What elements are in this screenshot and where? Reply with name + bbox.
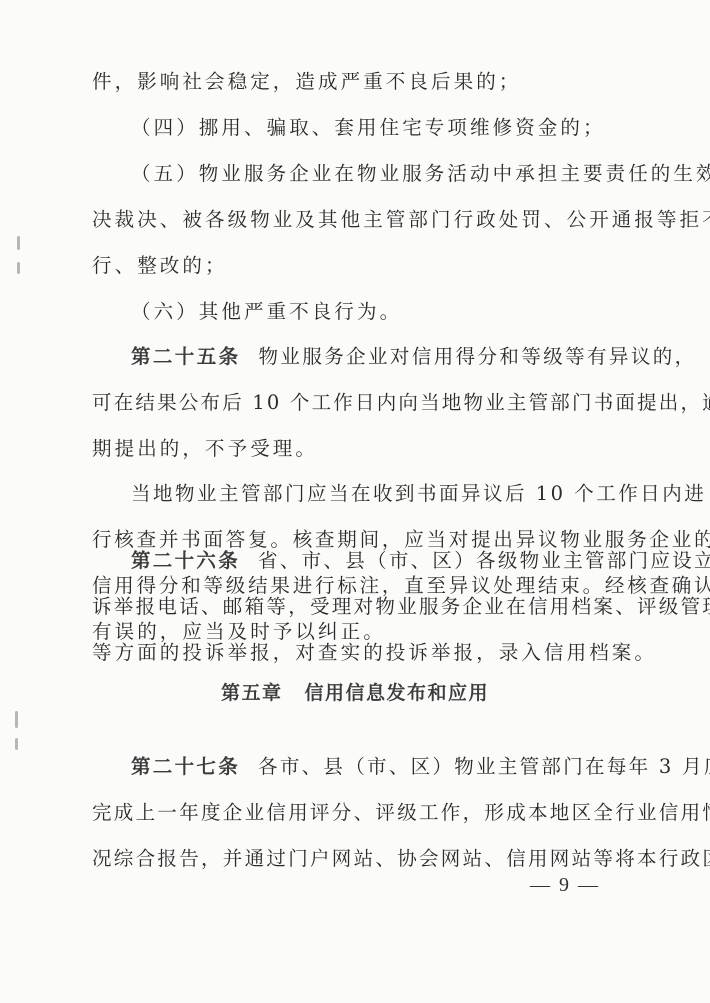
article-27-label: 第二十七条: [131, 755, 240, 778]
page-number: — 9 —: [530, 874, 600, 897]
article-27-line: 完成上一年度企业信用评分、评级工作，形成本地区全行业信用情: [92, 801, 637, 825]
article-27-text: 各市、县（市、区）物业主管部门在每年 3 月底前: [258, 755, 710, 778]
article-27-heading-line: 第二十七条各市、县（市、区）物业主管部门在每年 3 月底前: [131, 755, 676, 779]
article-27-line: 况综合报告，并通过门户网站、协会网站、信用网站等将本行政区: [92, 847, 637, 871]
article-27-section: 第二十七条各市、县（市、区）物业主管部门在每年 3 月底前 完成上一年度企业信用…: [0, 0, 710, 1003]
